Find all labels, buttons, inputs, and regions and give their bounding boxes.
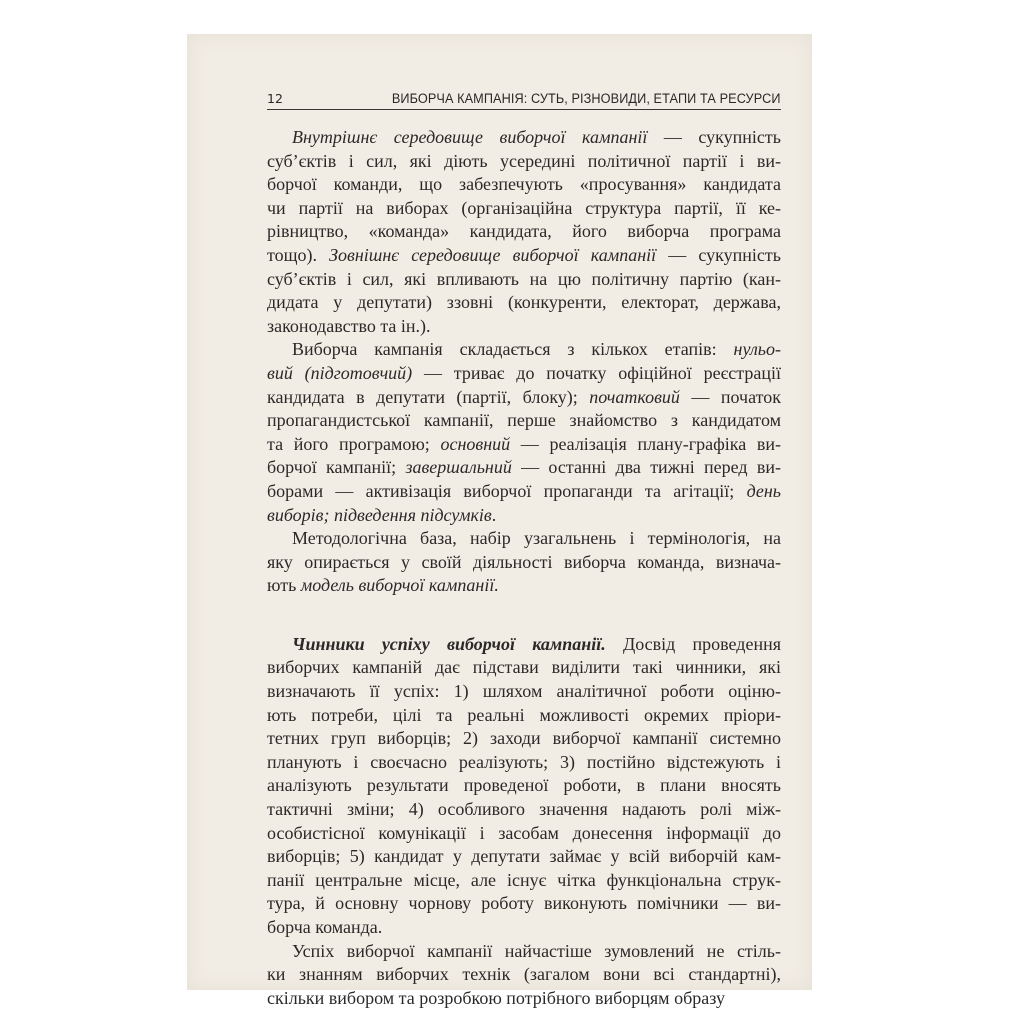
text-line: яку опирається у своїй діяльності виборч…	[267, 551, 781, 575]
body-text: Внутрішнє середовище виборчої кампанії —…	[267, 126, 781, 1010]
text-line: планують і своєчасно реалізують; 3) пост…	[267, 751, 781, 775]
text-segment: борами — активізація виборчої пропаганди…	[267, 481, 747, 501]
italic-term: модель виборчої кампанії.	[301, 575, 499, 595]
text-segment: борча команда.	[267, 917, 382, 937]
text-line: Чинники успіху виборчої кампанії. Досвід…	[267, 633, 781, 657]
text-line: виборців; 5) кандидат у депутати займає …	[267, 845, 781, 869]
text-segment: планують і своєчасно реалізують; 3) пост…	[267, 752, 781, 772]
text-line: борами — активізація виборчої пропаганди…	[267, 480, 781, 504]
text-line: законодавство та ін.).	[267, 315, 781, 339]
text-segment: пропагандистської кампанії, перше знайом…	[267, 410, 781, 430]
text-segment: — реалізація плану-графіка ви-	[510, 434, 781, 454]
text-segment: тактичні зміни; 4) особливого значення н…	[267, 799, 781, 819]
text-segment: ють потреби, цілі та реальні можливості …	[267, 705, 781, 725]
text-line: Виборча кампанія складається з кількох е…	[267, 338, 781, 362]
text-line: суб’єктів і сил, які впливають на цю пол…	[267, 268, 781, 292]
text-segment: суб’єктів і сил, які впливають на цю пол…	[267, 269, 781, 289]
text-segment: кандидата в депутати (партії, блоку);	[267, 387, 589, 407]
italic-term: виборів; підведення підсумків	[267, 505, 492, 525]
text-segment: тура, й основну чорнову роботу виконують…	[267, 893, 781, 913]
text-segment: яку опирається у своїй діяльності виборч…	[267, 552, 781, 572]
page-number: 12	[267, 91, 283, 106]
italic-term: нульо-	[734, 339, 781, 359]
text-line: особистісної комунікації і засобам донес…	[267, 822, 781, 846]
text-line: борча команда.	[267, 916, 781, 940]
text-segment: законодавство та ін.).	[267, 316, 431, 336]
text-segment: виборчих кампаній дає підстави виділити …	[267, 657, 781, 677]
text-segment: .	[492, 505, 497, 525]
text-line: чи партії на виборах (організаційна стру…	[267, 197, 781, 221]
paragraph: Внутрішнє середовище виборчої кампанії —…	[267, 126, 781, 338]
book-page: 12 ВИБОРЧА КАМПАНІЯ: СУТЬ, РІЗНОВИДИ, ЕТ…	[187, 34, 812, 990]
text-line: тетних груп виборців; 2) заходи виборчої…	[267, 727, 781, 751]
text-line: борчої команди, що забезпечують «просува…	[267, 173, 781, 197]
text-segment: — сукупність	[647, 127, 781, 147]
text-segment: тетних груп виборців; 2) заходи виборчої…	[267, 728, 781, 748]
text-segment: особистісної комунікації і засобам донес…	[267, 823, 781, 843]
paragraph: Успіх виборчої кампанії найчастіше зумов…	[267, 940, 781, 1011]
text-segment: — сукупність	[656, 245, 781, 265]
text-segment: аналізують результати проведеної роботи,…	[267, 775, 781, 795]
text-line: борчої кампанії; завершальний — останні …	[267, 456, 781, 480]
paragraph: Чинники успіху виборчої кампанії. Досвід…	[267, 633, 781, 940]
text-line: Методологічна база, набір узагальнень і …	[267, 527, 781, 551]
text-line: дидата у депутати) ззовні (конкуренти, е…	[267, 291, 781, 315]
italic-term: день	[747, 481, 781, 501]
text-segment: борчої кампанії;	[267, 457, 405, 477]
text-line: виборчих кампаній дає підстави виділити …	[267, 656, 781, 680]
text-segment: тощо).	[267, 245, 329, 265]
text-line: ки знанням виборчих технік (загалом вони…	[267, 963, 781, 987]
text-line: виборів; підведення підсумків.	[267, 504, 781, 528]
text-line: панії центральне місце, але існує чітка …	[267, 869, 781, 893]
text-line: ють потреби, цілі та реальні можливості …	[267, 704, 781, 728]
italic-term: вий (підготовчий)	[267, 363, 412, 383]
paragraph: Методологічна база, набір узагальнень і …	[267, 527, 781, 598]
text-segment: скільки вибором та розробкою потрібного …	[267, 988, 725, 1008]
text-segment: Успіх виборчої кампанії найчастіше зумов…	[292, 941, 781, 961]
text-segment: ки знанням виборчих технік (загалом вони…	[267, 964, 781, 984]
text-segment: та його програмою;	[267, 434, 440, 454]
text-segment: рівництво, «команда» кандидата, його виб…	[267, 221, 781, 241]
section-heading: Чинники успіху виборчої кампанії.	[292, 634, 606, 654]
text-line: суб’єктів і сил, які діють усередині пол…	[267, 150, 781, 174]
text-line: аналізують результати проведеної роботи,…	[267, 774, 781, 798]
italic-term: Внутрішнє середовище виборчої кампанії	[292, 127, 647, 147]
text-segment: — останні два тижні перед ви-	[512, 457, 781, 477]
text-segment: ють	[267, 575, 301, 595]
text-line: тактичні зміни; 4) особливого значення н…	[267, 798, 781, 822]
text-segment: виборців; 5) кандидат у депутати займає …	[267, 846, 781, 866]
text-segment: Методологічна база, набір узагальнень і …	[292, 528, 781, 548]
text-line: визначають її успіх: 1) шляхом аналітичн…	[267, 680, 781, 704]
text-line: кандидата в депутати (партії, блоку); по…	[267, 386, 781, 410]
italic-term: завершальний	[405, 457, 511, 477]
text-line: та його програмою; основний — реалізація…	[267, 433, 781, 457]
text-line: вий (підготовчий) — триває до початку оф…	[267, 362, 781, 386]
text-line: рівництво, «команда» кандидата, його виб…	[267, 220, 781, 244]
text-line: Внутрішнє середовище виборчої кампанії —…	[267, 126, 781, 150]
text-segment: — триває до початку офіційної реєстрації	[412, 363, 781, 383]
running-header: 12 ВИБОРЧА КАМПАНІЯ: СУТЬ, РІЗНОВИДИ, ЕТ…	[267, 86, 781, 110]
running-title: ВИБОРЧА КАМПАНІЯ: СУТЬ, РІЗНОВИДИ, ЕТАПИ…	[392, 91, 781, 106]
text-segment: панії центральне місце, але існує чітка …	[267, 870, 781, 890]
text-line: тура, й основну чорнову роботу виконують…	[267, 892, 781, 916]
text-segment: борчої команди, що забезпечують «просува…	[267, 174, 781, 194]
text-segment: дидата у депутати) ззовні (конкуренти, е…	[267, 292, 781, 312]
text-line: тощо). Зовнішнє середовище виборчої камп…	[267, 244, 781, 268]
text-line: пропагандистської кампанії, перше знайом…	[267, 409, 781, 433]
text-line: скільки вибором та розробкою потрібного …	[267, 987, 781, 1011]
paragraph: Виборча кампанія складається з кількох е…	[267, 338, 781, 527]
italic-term: Зовнішнє середовище виборчої кампанії	[329, 245, 656, 265]
text-segment: — початок	[680, 387, 781, 407]
text-segment: Виборча кампанія складається з кількох е…	[292, 339, 734, 359]
text-segment: Досвід проведення	[606, 634, 781, 654]
text-segment: чи партії на виборах (організаційна стру…	[267, 198, 781, 218]
italic-term: початковий	[589, 387, 680, 407]
text-segment: визначають її успіх: 1) шляхом аналітичн…	[267, 681, 781, 701]
text-line: ють модель виборчої кампанії.	[267, 574, 781, 598]
text-segment: суб’єктів і сил, які діють усередині пол…	[267, 151, 781, 171]
text-line: Успіх виборчої кампанії найчастіше зумов…	[267, 940, 781, 964]
italic-term: основний	[440, 434, 510, 454]
